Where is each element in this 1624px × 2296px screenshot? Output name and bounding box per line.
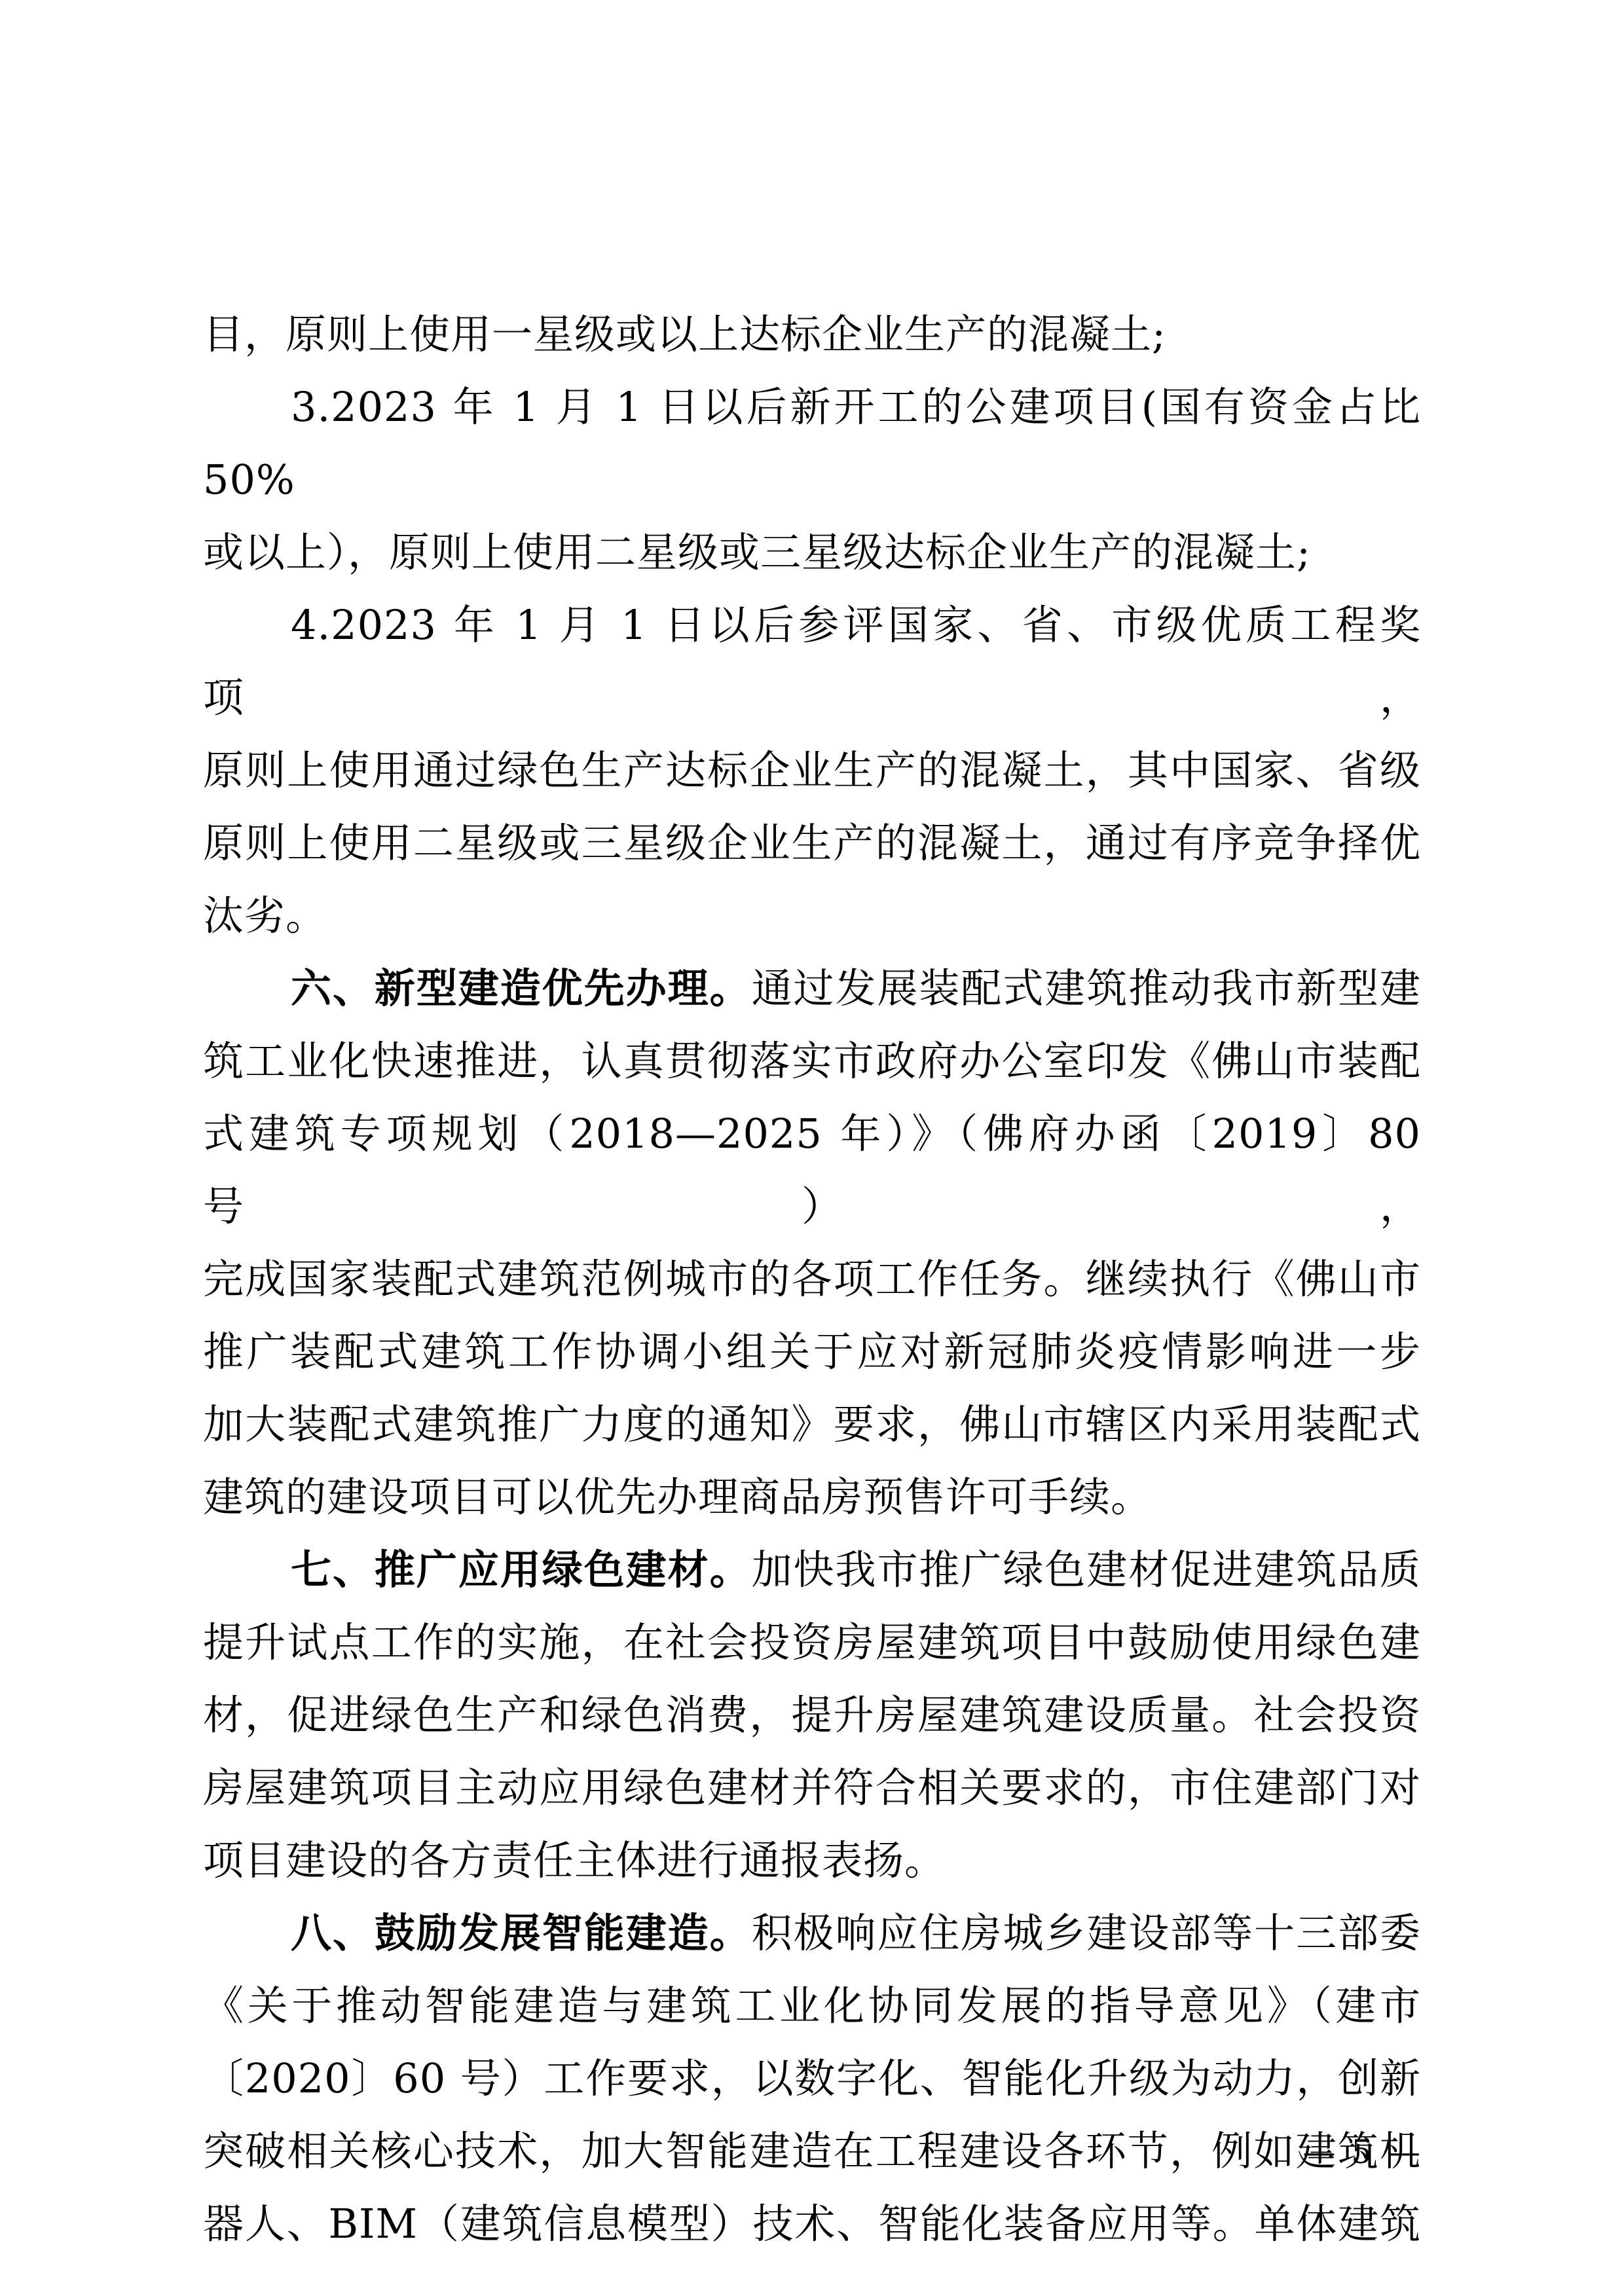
text-line: 原则上使用二星级或三星级企业生产的混凝土，通过有序竞争择优 (203, 807, 1421, 879)
line-text: 原则上使用通过绿色生产达标企业生产的混凝土，其中国家、省级 (203, 746, 1421, 794)
document-body: 目，原则上使用一星级或以上达标企业生产的混凝土; 3.2023 年 1 月 1 … (203, 298, 1421, 2260)
text-line: 完成国家装配式建筑范例城市的各项工作任务。继续执行《佛山市 (203, 1243, 1421, 1315)
line-text: 积极响应住房城乡建设部等十三部委 (752, 1909, 1421, 1957)
text-line: 七、推广应用绿色建材。加快我市推广绿色建材促进建筑品质 (203, 1533, 1421, 1606)
text-line: 材，促进绿色生产和绿色消费，提升房屋建筑建设质量。社会投资 (203, 1679, 1421, 1751)
line-text: 3.2023 年 1 月 1 日以后新开工的公建项目(国有资金占比 50% (203, 383, 1421, 503)
section-heading: 六、新型建造优先办理。 (291, 964, 752, 1012)
line-text: 筑工业化快速推进，认真贯彻落实市政府办公室印发《佛山市装配 (203, 1037, 1421, 1085)
line-text: 〔2020〕60 号）工作要求，以数字化、智能化升级为动力，创新 (203, 2054, 1421, 2102)
text-line: 房屋建筑项目主动应用绿色建材并符合相关要求的，市住建部门对 (203, 1751, 1421, 1824)
text-line: 原则上使用通过绿色生产达标企业生产的混凝土，其中国家、省级 (203, 734, 1421, 807)
text-line: 目，原则上使用一星级或以上达标企业生产的混凝土; (203, 298, 1421, 371)
line-text: 材，促进绿色生产和绿色消费，提升房屋建筑建设质量。社会投资 (203, 1691, 1421, 1739)
text-line: 建筑的建设项目可以优先办理商品房预售许可手续。 (203, 1461, 1421, 1533)
text-line: 提升试点工作的实施，在社会投资房屋建筑项目中鼓励使用绿色建 (203, 1606, 1421, 1679)
section-heading: 八、鼓励发展智能建造。 (291, 1909, 752, 1957)
line-text: 提升试点工作的实施，在社会投资房屋建筑项目中鼓励使用绿色建 (203, 1618, 1421, 1666)
line-text: 项目建设的各方责任主体进行通报表扬。 (203, 1836, 946, 1884)
line-text: 或以上），原则上使用二星级或三星级达标企业生产的混凝土; (203, 528, 1311, 576)
text-line: 加大装配式建筑推广力度的通知》要求，佛山市辖区内采用装配式 (203, 1388, 1421, 1461)
text-line: 〔2020〕60 号）工作要求，以数字化、智能化升级为动力，创新 (203, 2042, 1421, 2115)
line-text: 建筑的建设项目可以优先办理商品房预售许可手续。 (203, 1473, 1152, 1521)
line-text: 《关于推动智能建造与建筑工业化协同发展的指导意见》（建市 (203, 1982, 1421, 2030)
text-line: 推广装配式建筑工作协调小组关于应对新冠肺炎疫情影响进一步 (203, 1315, 1421, 1388)
text-line: 《关于推动智能建造与建筑工业化协同发展的指导意见》（建市 (203, 1969, 1421, 2042)
document-page: 目，原则上使用一星级或以上达标企业生产的混凝土; 3.2023 年 1 月 1 … (0, 0, 1624, 2296)
text-line: 筑工业化快速推进，认真贯彻落实市政府办公室印发《佛山市装配 (203, 1025, 1421, 1097)
text-line: 3.2023 年 1 月 1 日以后新开工的公建项目(国有资金占比 50% (203, 371, 1421, 516)
line-text: 4.2023 年 1 月 1 日以后参评国家、省、市级优质工程奖项， (203, 601, 1421, 721)
page-number: — 5 — (1302, 2129, 1423, 2175)
text-line: 八、鼓励发展智能建造。积极响应住房城乡建设部等十三部委 (203, 1897, 1421, 1969)
text-line: 项目建设的各方责任主体进行通报表扬。 (203, 1824, 1421, 1897)
line-text: 完成国家装配式建筑范例城市的各项工作任务。继续执行《佛山市 (203, 1255, 1421, 1303)
text-line: 4.2023 年 1 月 1 日以后参评国家、省、市级优质工程奖项， (203, 589, 1421, 734)
line-text: 目，原则上使用一星级或以上达标企业生产的混凝土; (203, 310, 1166, 358)
line-text: 通过发展装配式建筑推动我市新型建 (752, 964, 1421, 1012)
line-text: 器人、BIM（建筑信息模型）技术、智能化装备应用等。单体建筑 (203, 2200, 1421, 2248)
line-text: 式建筑专项规划（2018—2025 年）》（佛府办函〔2019〕80 号）， (203, 1110, 1421, 1230)
text-line: 六、新型建造优先办理。通过发展装配式建筑推动我市新型建 (203, 952, 1421, 1025)
line-text: 加大装配式建筑推广力度的通知》要求，佛山市辖区内采用装配式 (203, 1400, 1421, 1448)
text-line: 或以上），原则上使用二星级或三星级达标企业生产的混凝土; (203, 516, 1421, 589)
line-text: 推广装配式建筑工作协调小组关于应对新冠肺炎疫情影响进一步 (203, 1328, 1421, 1376)
line-text: 房屋建筑项目主动应用绿色建材并符合相关要求的，市住建部门对 (203, 1764, 1421, 1812)
line-text: 原则上使用二星级或三星级企业生产的混凝土，通过有序竞争择优 (203, 819, 1421, 867)
text-line: 汰劣。 (203, 879, 1421, 952)
section-heading: 七、推广应用绿色建材。 (291, 1546, 752, 1594)
line-text: 突破相关核心技术，加大智能建造在工程建设各环节，例如建筑机 (203, 2127, 1421, 2175)
text-line: 式建筑专项规划（2018—2025 年）》（佛府办函〔2019〕80 号）， (203, 1097, 1421, 1243)
text-line: 突破相关核心技术，加大智能建造在工程建设各环节，例如建筑机 (203, 2115, 1421, 2187)
line-text: 汰劣。 (203, 892, 327, 939)
text-line: 器人、BIM（建筑信息模型）技术、智能化装备应用等。单体建筑 (203, 2187, 1421, 2260)
line-text: 加快我市推广绿色建材促进建筑品质 (752, 1546, 1421, 1594)
